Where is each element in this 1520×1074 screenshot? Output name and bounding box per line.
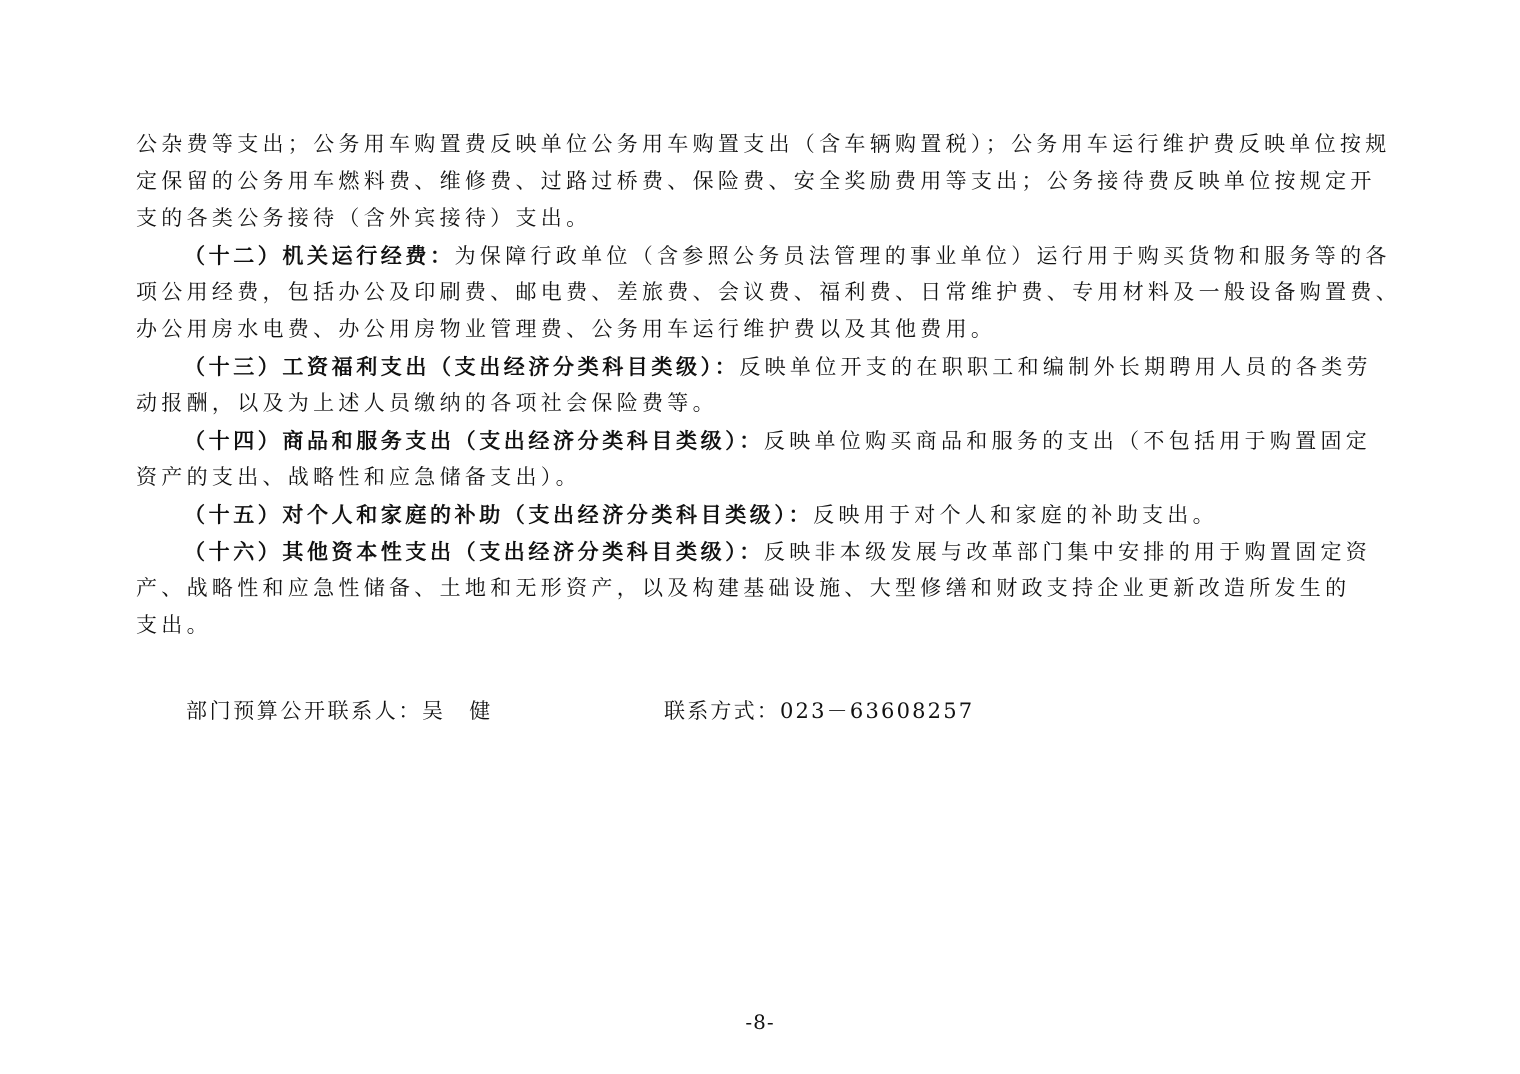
section-13-first-line: （十三）工资福利支出（支出经济分类科目类级）：反映单位开支的在职职工和编制外长期… [136,348,1388,385]
section-15-first-line: （十五）对个人和家庭的补助（支出经济分类科目类级）：反映用于对个人和家庭的补助支… [136,496,1388,533]
body-text-line: 项公用经费，包括办公及印刷费、邮电费、差旅费、会议费、福利费、日常维护费、专用材… [136,274,1388,311]
contact-person: 部门预算公开联系人：吴 健 [186,695,493,727]
section-text: 反映用于对个人和家庭的补助支出。 [813,503,1218,527]
body-text-line: 办公用房水电费、办公用房物业管理费、公务用车运行维护费以及其他费用。 [136,311,1388,348]
contact-phone: 联系方式：023－63608257 [664,695,974,727]
body-text-line: 动报酬，以及为上述人员缴纳的各项社会保险费等。 [136,385,1388,422]
contact-phone-value: 023－63608257 [780,699,974,723]
page-number: -8- [0,1010,1520,1034]
section-text: 为保障行政单位（含参照公务员法管理的事业单位）运行用于购买货物和服务等的各 [455,244,1391,268]
contact-person-label: 部门预算公开联系人： [186,699,422,723]
body-text-line: 定保留的公务用车燃料费、维修费、过路过桥费、保险费、安全奖励费用等支出；公务接待… [136,163,1388,200]
body-text-line: 公杂费等支出；公务用车购置费反映单位公务用车购置支出（含车辆购置税）；公务用车运… [136,126,1388,163]
section-12-first-line: （十二）机关运行经费：为保障行政单位（含参照公务员法管理的事业单位）运行用于购买… [136,237,1388,274]
body-text-line: 资产的支出、战略性和应急储备支出）。 [136,459,1388,496]
section-heading: （十五）对个人和家庭的补助（支出经济分类科目类级）： [184,502,813,527]
body-text-line: 支的各类公务接待（含外宾接待）支出。 [136,200,1388,237]
document-page: 公杂费等支出；公务用车购置费反映单位公务用车购置支出（含车辆购置税）；公务用车运… [136,126,1388,644]
section-heading: （十四）商品和服务支出（支出经济分类科目类级）： [184,428,764,453]
section-text: 反映单位购买商品和服务的支出（不包括用于购置固定 [764,429,1371,453]
contact-person-name: 吴 健 [422,699,493,723]
section-14-first-line: （十四）商品和服务支出（支出经济分类科目类级）：反映单位购买商品和服务的支出（不… [136,422,1388,459]
section-heading: （十六）其他资本性支出（支出经济分类科目类级）： [184,539,764,564]
section-heading: （十三）工资福利支出（支出经济分类科目类级）： [184,354,739,379]
section-text: 反映非本级发展与改革部门集中安排的用于购置固定资 [764,540,1371,564]
body-text-line: 产、战略性和应急性储备、土地和无形资产，以及构建基础设施、大型修缮和财政支持企业… [136,570,1388,607]
contact-phone-label: 联系方式： [664,699,780,723]
section-16-first-line: （十六）其他资本性支出（支出经济分类科目类级）：反映非本级发展与改革部门集中安排… [136,533,1388,570]
section-text: 反映单位开支的在职职工和编制外长期聘用人员的各类劳 [739,355,1372,379]
body-text-line: 支出。 [136,607,1388,644]
section-heading: （十二）机关运行经费： [184,243,455,268]
